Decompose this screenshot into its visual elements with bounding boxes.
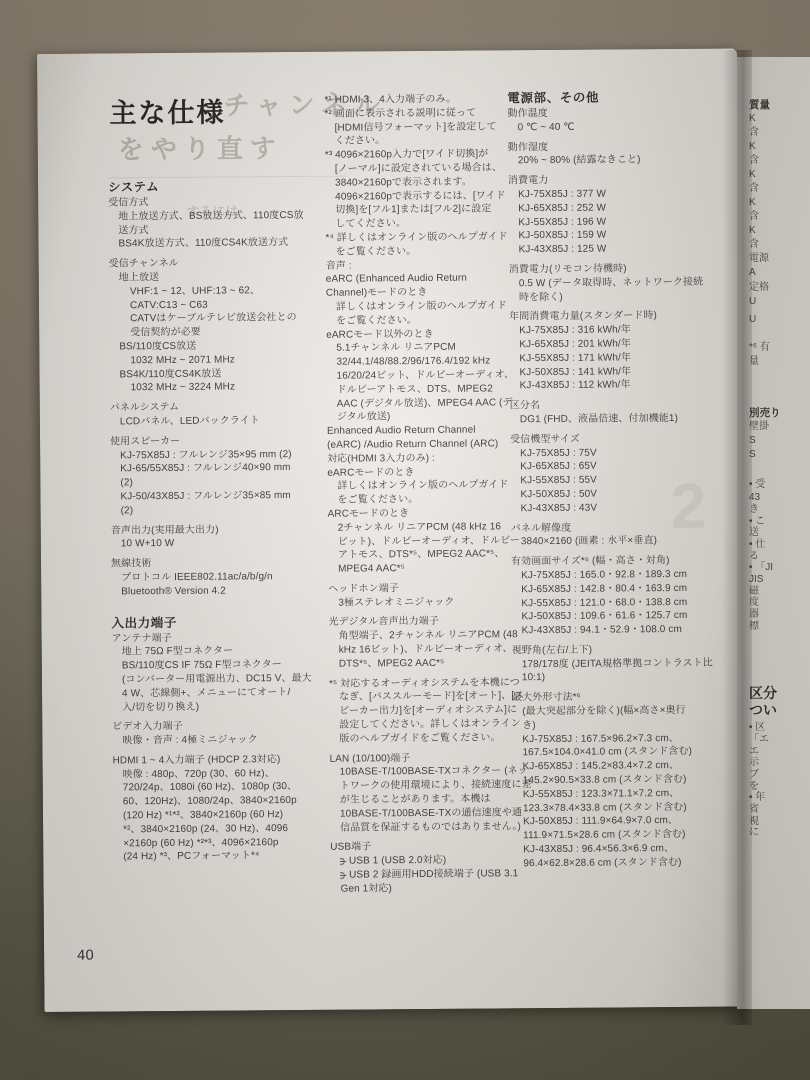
spec-line-text: KJ-75X85J : 377 W (518, 189, 606, 201)
spec-line: 時を除く) (509, 289, 739, 305)
spec-line: 設定してください。詳しくはオンライン (329, 717, 512, 732)
spec-line: システム (108, 178, 326, 197)
next-page-fragment: 区分 (749, 687, 777, 699)
spec-line-text: してください。 (335, 218, 406, 230)
spec-line: 角型端子、2チャンネル リニアPCM (48 (329, 629, 512, 644)
spec-line-text: 地上 75Ω F型コネクター (122, 646, 234, 658)
spec-line-text: をご覧ください。 (337, 494, 418, 506)
spec-line-text: KJ-43X85J : 96.4×56.3×6.9 cm、 (523, 843, 674, 855)
spec-line-text: MPEG4 AAC*⁵ (338, 563, 405, 575)
spec-line: (2) (111, 502, 329, 518)
spec-line: *¹ HDMI 3、4入力端子のみ。 (324, 92, 507, 107)
spec-line: *⁵ 対応するオーディオシステムを本機につ (329, 676, 512, 691)
spec-line: ドルビーアトモス、DTS、MPEG2 (327, 382, 510, 397)
spec-line-text: 年間消費電力量(スタンダード時) (509, 310, 657, 322)
spec-line-text: ピーカー出力]を[オーディオシステム]に (339, 705, 517, 717)
spec-line: ΨUSB 2 録画用HDD接続端子 (USB 3.1 (330, 867, 513, 882)
spec-line-text: KJ-65X85J : 145.2×83.4×7.2 cm、 (523, 760, 680, 772)
spec-line-text: 映像・音声 : 4極ミニジャック (122, 734, 257, 746)
spec-line-text: 有効画面サイズ*⁶ (幅・高さ・対角) (511, 555, 670, 567)
spec-line-text: VHF:1 ~ 12、UHF:13 ~ 62、 (130, 285, 260, 297)
spec-line: LAN (10/100)端子 (329, 751, 512, 766)
spec-line-text: DTS*⁵、MPEG2 AAC*⁵ (339, 658, 445, 670)
spec-line: Enhanced Audio Return Channel (327, 423, 510, 438)
spec-line-text: が生じることがあります。本機は (340, 794, 491, 806)
spec-line: 切換]を[フル1]または[フル2]に設定 (325, 203, 508, 218)
spec-line: 16/20/24ビット、ドルビーオーディオ、 (326, 368, 509, 383)
spec-line-text: KJ-50X85J : 50V (520, 489, 597, 501)
spec-line-text: 178/178度 (JEITA規格準拠コントラスト比 (522, 657, 713, 670)
spec-line-text: 60、120Hz)、1080/24p、3840×2160p (123, 795, 297, 807)
spec-line-text: KJ-55X85J : 123.3×71.1×7.2 cm、 (523, 788, 680, 800)
next-page-fragment: • 「JI (749, 562, 773, 574)
spec-line: (24 Hz) *³、PCフォーマット*⁴ (113, 849, 331, 865)
spec-line-text: 10BASE-T/100BASE-TXコネクター (ネッ (340, 766, 528, 778)
spec-line-text: 光デジタル音声出力端子 (328, 616, 439, 628)
spec-line-text: AAC (デジタル放送)、MPEG4 AAC (デ (337, 397, 513, 409)
spec-line-text: 受信機型サイズ (510, 433, 580, 445)
spec-line-text: 5.1チャンネル リニアPCM (336, 342, 456, 354)
page-fold-shadow (722, 50, 752, 1025)
spec-line: ΨUSB 1 (USB 2.0対応) (330, 854, 513, 869)
spec-line-text: 4096×2160pで表示するには、[ワイド (335, 190, 506, 202)
next-page-fragment: 別売り (749, 407, 781, 419)
spec-line-text: トワークの使用環境により、接続速度に差 (340, 779, 532, 792)
spec-line-text: *²、3840×2160p (24、30 Hz)、4096 (123, 823, 288, 835)
spec-line: 2チャンネル リニアPCM (48 kHz 16 (328, 520, 511, 535)
spec-line: トワークの使用環境により、接続速度に差 (330, 779, 513, 794)
spec-line: 入出力端子 (111, 613, 329, 632)
spec-line-text: 3840×2160 (画素 : 水平×垂直) (521, 535, 657, 547)
spec-line-text: eARCモード以外のとき (326, 328, 434, 340)
spec-line-text: 720/24p、1080i (60 Hz)、1080p (30、 (123, 781, 298, 793)
spec-line-text: BS4K放送方式、110度CS4K放送方式 (118, 237, 288, 249)
spec-line-text: パネル解像度 (511, 522, 572, 533)
spec-line: 対応(HDMI 3入力のみ) : (327, 451, 510, 466)
spec-line-text: 区分名 (510, 400, 540, 411)
spec-line-text: *² 画面に表示される説明に従って (324, 107, 476, 119)
spec-line: 96.4×62.8×28.6 cm (スタンド含む) (513, 855, 743, 871)
spec-line: *⁴ 詳しくはオンライン版のヘルプガイド (325, 230, 508, 245)
spec-line-text: 地上放送方式、BS放送方式、110度CS放 (118, 210, 303, 222)
spec-line-text: (2) (121, 505, 134, 516)
spec-line-text: KJ-50X85J : 159 W (518, 230, 606, 242)
spec-line: [HDMI信号フォーマット]を設定して (325, 120, 508, 135)
spec-line: *³ 4096×2160p入力で[ワイド切換]が (325, 147, 508, 162)
spec-line-text: USB 1 (USB 2.0対応) (349, 855, 446, 867)
spec-line: 20% ~ 80% (結露なきこと) (508, 153, 738, 169)
spec-line-text: パネルシステム (110, 402, 180, 414)
next-page-fragment: 「エ (749, 734, 769, 746)
spec-line-text: KJ-55X85J : 55V (520, 475, 597, 487)
spec-line: eARC (Enhanced Audio Return (326, 272, 509, 287)
spec-line-text: *¹ HDMI 3、4入力端子のみ。 (324, 94, 456, 106)
spec-line-text: *⁴ 詳しくはオンライン版のヘルプガイド (325, 231, 507, 243)
spec-column-left: システム受信方式地上放送方式、BS放送方式、110度CS放送方式BS4K放送方式… (108, 178, 331, 865)
spec-line-text: 20% ~ 80% (結露なきこと) (518, 155, 641, 167)
spec-line: アトモス、DTS*⁵、MPEG2 AAC*⁵、 (328, 548, 511, 563)
spec-line: DG1 (FHD、液晶倍速、付加機能1) (510, 411, 740, 427)
spec-line-text: 無線技術 (111, 558, 151, 569)
spec-line: ピーカー出力]を[オーディオシステム]に (329, 704, 512, 719)
next-page-fragment: 定格 (749, 282, 769, 294)
spec-line-text: 入/切を切り換え) (122, 701, 199, 713)
spec-line-text: (120 Hz) *¹*²、3840×2160p (60 Hz) (123, 809, 283, 821)
spec-line: KJ-43X85J : 43V (511, 500, 741, 516)
spec-line-text: KJ-75X85J : 165.0・92.8・189.3 cm (521, 569, 687, 581)
spec-line-text: DG1 (FHD、液晶倍速、付加機能1) (520, 413, 678, 425)
spec-line-text: 2チャンネル リニアPCM (48 kHz 16 (338, 521, 501, 533)
spec-line: 32/44.1/48/88.2/96/176.4/192 kHz (326, 354, 509, 369)
spec-line: ARCモードのとき (328, 506, 511, 521)
spec-line-text: KJ-43X85J : 125 W (519, 244, 607, 256)
spec-line-text: 切換]を[フル1]または[フル2]に設定 (335, 204, 491, 216)
spec-line-text: CATV:C13 ~ C63 (130, 299, 208, 311)
spec-line-text: (24 Hz) *³、PCフォーマット*⁴ (123, 851, 259, 863)
spec-line-text: KJ-50/43X85J : フルレンジ35×85 mm (120, 490, 290, 502)
spec-line: 電源部、その他 (507, 89, 737, 108)
spec-line-text: 3極ステレオミニジャック (338, 596, 454, 608)
spec-line-text: eARCモードのとき (327, 467, 414, 479)
spec-line-text: KJ-55X85J : 121.0・68.0・138.8 cm (521, 596, 687, 608)
spec-line-text: USB 2 録画用HDD接続端子 (USB 3.1 (349, 868, 518, 880)
spec-line-text: KJ-50X85J : 111.9×64.9×7.0 cm、 (523, 815, 678, 827)
spec-line-text: *³ 4096×2160p入力で[ワイド切換]が (325, 149, 489, 161)
spec-line-text: [ノーマル]に設定されている場合は、 (335, 162, 502, 174)
spec-line-text: 0.5 W (データ取得時、ネットワーク接続 (519, 277, 704, 289)
next-page-fragment: 壁掛 (749, 421, 769, 433)
spec-line: eARCモード以外のとき (326, 327, 509, 342)
spec-line-text: をご覧ください。 (336, 246, 417, 258)
spec-line-text: KJ-55X85J : 196 W (518, 216, 606, 228)
spec-line: ください。 (325, 134, 508, 149)
spec-line-text: Gen 1対応) (341, 883, 392, 894)
spec-line: 音声 : (326, 258, 509, 273)
spec-line-text: (コンバーター用電源出力、DC15 V、最大 (122, 673, 312, 685)
spec-line-text: KJ-65X85J : 252 W (518, 202, 606, 214)
spec-line-text: KJ-65X85J : 142.8・80.4・163.9 cm (521, 583, 687, 595)
spec-line: 信品質を保証するものではありません。) (330, 820, 513, 835)
spec-line-text: Channel)モードのとき (326, 287, 428, 299)
spec-line: をご覧ください。 (326, 244, 509, 259)
spec-line-text: 動作温度 (507, 108, 547, 119)
spec-line-text: 受信チャンネル (109, 258, 179, 270)
spec-line-text: 10:1) (522, 673, 545, 684)
spec-line-text: 1032 MHz ~ 3224 MHz (131, 382, 236, 394)
spec-line-text: KJ-75X85J : 75V (520, 447, 597, 459)
next-page-fragment: 電源 (749, 253, 769, 265)
spec-line-text: BS/110度CS IF 75Ω F型コネクター (122, 659, 282, 671)
spec-line-text: eARC (Enhanced Audio Return (326, 273, 467, 285)
spec-line-text: 145.2×90.5×33.8 cm (スタンド含む) (523, 774, 687, 786)
spec-line-text: KJ-50X85J : 141 kWh/年 (519, 366, 631, 378)
spec-line-text: KJ-50X85J : 109.6・61.6・125.7 cm (521, 610, 687, 622)
spec-line: CATVはケーブルテレビ放送会社との (109, 311, 327, 327)
spec-line: KJ-43X85J : 125 W (509, 242, 739, 258)
spec-line-text: (最大突起部分を除く)(幅×高さ×奥行 (522, 705, 686, 717)
spec-line-text: システム (108, 180, 159, 194)
spec-line-text: ×2160p (60 Hz) *²*³、4096×2160p (123, 837, 278, 849)
spec-line-text: 設定してください。詳しくはオンライン (339, 718, 521, 730)
spec-line-text: 角型端子、2チャンネル リニアPCM (48 (339, 630, 518, 642)
spec-line: AAC (デジタル放送)、MPEG4 AAC (デ (327, 396, 510, 411)
spec-line-text: (2) (120, 477, 133, 488)
spec-line-text: 0 ℃ ~ 40 ℃ (518, 122, 575, 133)
spec-line-text: LCDパネル、LEDバックライト (120, 415, 260, 427)
spec-line-text: Bluetooth® Version 4.2 (121, 585, 226, 597)
spec-line: をご覧ください。 (327, 492, 510, 507)
spec-line-text: をご覧ください。 (336, 315, 417, 327)
spec-line-text: kHz 16ビット)、ドルビーオーディオ、 (339, 643, 513, 655)
spec-line-text: ビデオ入力端子 (112, 721, 183, 733)
usb-icon: Ψ (337, 872, 351, 880)
spec-line-text: KJ-65/55X85J : フルレンジ40×90 mm (120, 462, 290, 474)
spec-line-text: 使用スピーカー (110, 436, 180, 448)
spec-line-text: 32/44.1/48/88.2/96/176.4/192 kHz (336, 356, 490, 368)
spec-line: 10 W+10 W (111, 536, 329, 552)
spec-line: 映像・音声 : 4極ミニジャック (112, 733, 330, 749)
spec-line: 10BASE-T/100BASE-TXコネクター (ネッ (330, 765, 513, 780)
spec-line-text: 音声出力(実用最大出力) (111, 524, 219, 536)
spec-line: Channel)モードのとき (326, 285, 509, 300)
spec-line-text: 版のヘルプガイドをご覧ください。 (339, 732, 500, 744)
spec-line-text: 時を除く) (519, 291, 563, 302)
spec-line: kHz 16ビット)、ドルビーオーディオ、 (329, 642, 512, 657)
spec-line-text: ヘッドホン端子 (328, 583, 399, 595)
photo-background: チャンネル をやり直す するには 2 主な仕様 システム受信方式地上放送方式、B… (0, 0, 810, 1080)
spec-line: eARCモードのとき (327, 465, 510, 480)
spec-line-text: 消費電力(リモコン待機時) (509, 263, 627, 275)
spec-line-text: き) (522, 720, 536, 731)
spec-line-text: LAN (10/100)端子 (330, 753, 411, 765)
spec-line: 3840×2160pで表示されます。 (325, 175, 508, 190)
spec-line-text: 電源部、その他 (507, 91, 599, 106)
spec-line: 詳しくはオンライン版のヘルプガイド (327, 479, 510, 494)
spec-line-text: 地上放送 (119, 272, 159, 283)
manual-page: チャンネル をやり直す するには 2 主な仕様 システム受信方式地上放送方式、B… (37, 49, 745, 1012)
spec-line-text: 3840×2160pで表示されます。 (335, 176, 472, 188)
spec-line: ヘッドホン端子 (328, 581, 511, 596)
spec-line-text: 123.3×78.4×33.8 cm (スタンド含む) (523, 802, 687, 814)
spec-line: USB端子 (330, 840, 513, 855)
spec-line-text: CATVはケーブルテレビ放送会社との (130, 312, 297, 324)
spec-line-text: *⁵ 対応するオーディオシステムを本機につ (329, 677, 520, 689)
next-page-fragment: 質量 (749, 99, 770, 111)
spec-line: (コンバーター用電源出力、DC15 V、最大 (112, 672, 330, 688)
spec-line: 1032 MHz ~ 3224 MHz (110, 380, 328, 396)
spec-line-text: 1032 MHz ~ 2071 MHz (130, 354, 235, 366)
spec-line-text: アトモス、DTS*⁵、MPEG2 AAC*⁵、 (338, 549, 505, 561)
spec-line: 入/切を切り換え) (112, 699, 330, 715)
spec-line: BS4K放送方式、110度CS4K放送方式 (108, 236, 326, 252)
spec-line-text: 詳しくはオンライン版のヘルプガイド (337, 480, 508, 492)
spec-line: (eARC) /Audio Return Channel (ARC) (327, 437, 510, 452)
spec-line: KJ-43X85J : 94.1・52.9・108.0 cm (511, 623, 741, 639)
spec-line: 10:1) (512, 670, 742, 686)
spec-line-text: 映像 : 480p、720p (30、60 Hz)、 (123, 768, 275, 780)
spec-line: MPEG4 AAC*⁵ (328, 561, 511, 576)
spec-line-text: HDMI 1 ~ 4入力端子 (HDCP 2.3対応) (113, 754, 281, 766)
spec-column-middle: *¹ HDMI 3、4入力端子のみ。*² 画面に表示される説明に従って[HDMI… (324, 92, 513, 896)
spec-line-text: 信品質を保証するものではありません。) (340, 821, 521, 833)
spec-line-text: ビット)、ドルビーオーディオ、ドルビー (338, 535, 520, 547)
spec-line-text: プロトコル IEEE802.11ac/a/b/g/n (121, 571, 273, 583)
spec-line: LCDパネル、LEDバックライト (110, 414, 328, 430)
spec-line-text: Enhanced Audio Return Channel (327, 425, 476, 437)
next-page-fragment: つい (749, 704, 777, 716)
spec-line-text: BS/110度CS放送 (119, 341, 196, 353)
spec-line-text: KJ-65X85J : 201 kWh/年 (519, 338, 631, 350)
page-title: 主な仕様 (109, 91, 225, 131)
spec-line: 3840×2160 (画素 : 水平×垂直) (511, 534, 741, 550)
spec-line: *² 画面に表示される説明に従って (324, 106, 507, 121)
spec-line: 版のヘルプガイドをご覧ください。 (329, 731, 512, 746)
spec-line-text: なぎ、[パススルーモード]を[オート]、[ス (339, 691, 524, 703)
spec-line: 地上放送方式、BS放送方式、110度CS放 (108, 209, 326, 225)
spec-line: が生じることがあります。本機は (330, 792, 513, 807)
spec-column-right: 電源部、その他動作温度0 ℃ ~ 40 ℃動作湿度20% ~ 80% (結露なき… (507, 89, 743, 871)
spec-line-text: ドルビーアトモス、DTS、MPEG2 (337, 383, 493, 395)
usb-icon: Ψ (337, 858, 351, 866)
spec-line-text: 16/20/24ビット、ドルビーオーディオ、 (336, 369, 514, 381)
spec-line-text: 167.5×104.0×41.0 cm (スタンド含む) (522, 746, 692, 758)
spec-line-text: KJ-55X85J : 171 kWh/年 (519, 352, 631, 364)
spec-line: DTS*⁵、MPEG2 AAC*⁵ (329, 656, 512, 671)
spec-line-text: 4 W、芯線側+、メニューにてオート/ (122, 687, 290, 699)
spec-line-text: 96.4×62.8×28.6 cm (スタンド含む) (523, 857, 681, 869)
spec-line-text: USB端子 (330, 842, 371, 853)
spec-line: なぎ、[パススルーモード]を[オート]、[ス (329, 690, 512, 705)
spec-line: Bluetooth® Version 4.2 (111, 583, 329, 599)
page-number: 40 (77, 948, 94, 964)
spec-line: 178/178度 (JEITA規格準拠コントラスト比 (512, 656, 742, 672)
spec-line-text: 最大外形寸法*⁶ (512, 692, 581, 704)
spec-line-text: KJ-75X85J : フルレンジ35×95 mm (2) (120, 449, 292, 461)
spec-line: をご覧ください。 (326, 313, 509, 328)
spec-line-text: [HDMI信号フォーマット]を設定して (335, 121, 497, 133)
spec-line-text: KJ-75X85J : 316 kWh/年 (519, 325, 631, 337)
spec-line-text: 111.9×71.5×28.6 cm (スタンド含む) (523, 829, 685, 841)
spec-line: [ノーマル]に設定されている場合は、 (325, 161, 508, 176)
spec-line: 光デジタル音声出力端子 (328, 615, 511, 630)
next-page-fragment: *⁶ 有 (749, 342, 770, 354)
spec-line-text: 対応(HDMI 3入力のみ) : (327, 453, 435, 465)
spec-line-text: KJ-43X85J : 43V (521, 502, 598, 514)
spec-line-text: 送方式 (118, 225, 148, 236)
spec-line-text: 10BASE-T/100BASE-TXの通信速度や通 (340, 807, 522, 819)
spec-line: 10BASE-T/100BASE-TXの通信速度や通 (330, 806, 513, 821)
spec-line: してください。 (325, 216, 508, 231)
spec-line-text: BS4K/110度CS4K放送 (119, 368, 221, 380)
spec-line-text: KJ-65X85J : 65V (520, 461, 597, 473)
spec-line-text: 受信契約が必要 (130, 327, 201, 339)
spec-line-text: 詳しくはオンライン版のヘルプガイド (336, 300, 507, 312)
spec-line: KJ-43X85J : 112 kWh/年 (510, 378, 740, 394)
spec-line: 0 ℃ ~ 40 ℃ (508, 119, 738, 135)
spec-line-text: KJ-75X85J : 167.5×96.2×7.3 cm、 (522, 733, 679, 745)
spec-line-text: 動作湿度 (508, 142, 548, 153)
spec-line-text: ARCモードのとき (328, 508, 410, 520)
spec-line-text: ください。 (335, 136, 386, 147)
spec-line: ビット)、ドルビーオーディオ、ドルビー (328, 534, 511, 549)
spec-line: ジタル放送) (327, 410, 510, 425)
spec-line-text: 受信方式 (108, 197, 148, 208)
spec-line-text: (eARC) /Audio Return Channel (ARC) (327, 438, 498, 450)
spec-line-text: KJ-43X85J : 112 kWh/年 (520, 380, 631, 392)
bleedthrough-text: をやり直す (118, 128, 283, 166)
spec-line-text: 音声 : (326, 260, 352, 271)
spec-line-text: KJ-43X85J : 94.1・52.9・108.0 cm (522, 624, 682, 636)
spec-line-text: 消費電力 (508, 175, 548, 186)
spec-line: 詳しくはオンライン版のヘルプガイド (326, 299, 509, 314)
spec-line: 5.1チャンネル リニアPCM (326, 341, 509, 356)
spec-line: 4096×2160pで表示するには、[ワイド (325, 189, 508, 204)
spec-line: Gen 1対応) (331, 881, 514, 896)
spec-line: 3極ステレオミニジャック (328, 595, 511, 610)
spec-line-text: 入出力端子 (111, 615, 177, 630)
spec-line-text: 視野角(左右/上下) (512, 645, 593, 657)
spec-line-text: ジタル放送) (337, 412, 391, 423)
spec-line-text: 10 W+10 W (121, 538, 175, 549)
spec-line-text: アンテナ端子 (112, 632, 172, 643)
